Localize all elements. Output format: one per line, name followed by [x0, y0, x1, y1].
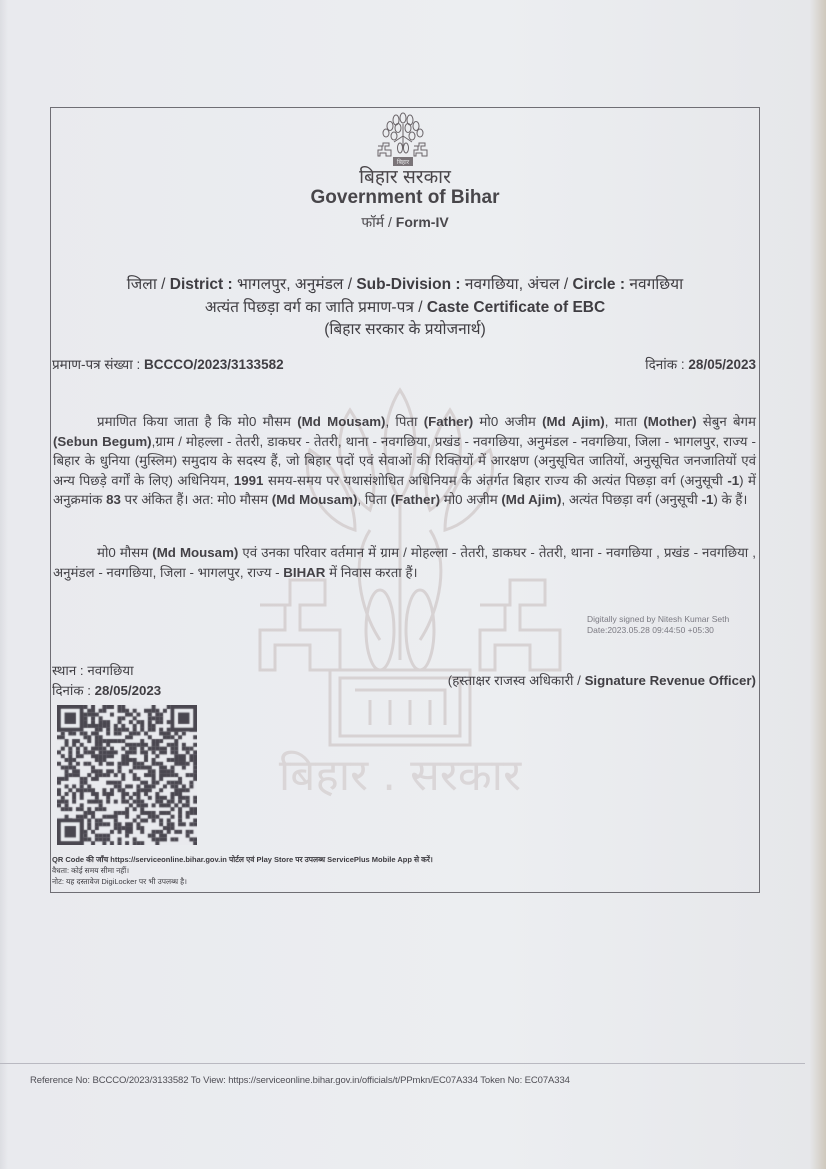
certificate-date-value: 28/05/2023: [688, 357, 756, 372]
certificate-title: अत्यंत पिछड़ा वर्ग का जाति प्रमाण-पत्र /…: [50, 295, 760, 317]
issue-date-value: 28/05/2023: [95, 683, 162, 698]
certificate-title-hindi: अत्यंत पिछड़ा वर्ग का जाति प्रमाण-पत्र: [205, 299, 414, 316]
certificate-number-value: BCCCO/2023/3133582: [144, 357, 284, 372]
digital-signature-date: Date:2023.05.28 09:44:50 +05:30: [587, 625, 729, 636]
place-value: नवगछिया: [87, 663, 133, 678]
issue-date-label: दिनांक :: [52, 683, 91, 698]
district-value: भागलपुर: [237, 276, 286, 293]
digilocker-note: नोट: यह दस्तावेज DigiLocker पर भी उपलब्ध…: [52, 876, 433, 887]
signature-revenue-officer: (हस्ताक्षर राजस्व अधिकारी / Signature Re…: [448, 671, 756, 689]
location-line: जिला / District : भागलपुर, अनुमंडल / Sub…: [50, 272, 760, 294]
certificate-number: प्रमाण-पत्र संख्या : BCCCO/2023/3133582: [52, 355, 284, 373]
issue-date: दिनांक : 28/05/2023: [52, 681, 161, 701]
place-label: स्थान :: [52, 663, 84, 678]
digital-signature-signer: Digitally signed by Nitesh Kumar Seth: [587, 614, 729, 625]
district-label-hi: जिला: [127, 276, 157, 293]
bihar-emblem-icon: बिहार: [372, 110, 434, 168]
signature-label-english: Signature Revenue Officer): [585, 673, 756, 688]
digital-signature: Digitally signed by Nitesh Kumar Seth Da…: [587, 614, 729, 636]
circle-label-en: Circle: [572, 276, 615, 293]
certificate-date: दिनांक : 28/05/2023: [645, 355, 756, 373]
circle-label-hi: अंचल: [527, 276, 559, 293]
subdivision-label-hi: अनुमंडल: [295, 276, 344, 293]
footer-divider: [0, 1063, 805, 1064]
subdivision-label-en: Sub-Division: [356, 276, 451, 293]
place-date-block: स्थान : नवगछिया दिनांक : 28/05/2023: [52, 661, 161, 701]
certificate-body-paragraph-1: प्रमाणित किया जाता है कि मो0 मौसम (Md Mo…: [53, 412, 756, 510]
reference-line: Reference No: BCCCO/2023/3133582 To View…: [30, 1075, 570, 1086]
certificate-title-english: Caste Certificate of EBC: [427, 299, 605, 316]
signature-label-hindi: (हस्ताक्षर राजस्व अधिकारी /: [448, 673, 581, 688]
validity-note: वैधता: कोई समय सीमा नहीं।: [52, 865, 433, 876]
title-english: Government of Bihar: [50, 187, 760, 209]
circle-value: नवगछिया: [629, 276, 683, 293]
district-label-en: District: [170, 276, 223, 293]
place: स्थान : नवगछिया: [52, 661, 161, 681]
title-hindi: बिहार सरकार: [50, 163, 760, 189]
certificate-purpose: (बिहार सरकार के प्रयोजनार्थ): [50, 317, 760, 339]
subdivision-value: नवगछिया: [465, 276, 519, 293]
certificate-number-label: प्रमाण-पत्र संख्या :: [52, 357, 140, 372]
form-label: फॉर्म / Form-IV: [50, 213, 760, 232]
qr-notes: QR Code की जाँच https://serviceonline.bi…: [52, 854, 433, 887]
certificate-date-label: दिनांक :: [645, 357, 685, 372]
qr-verify-note: QR Code की जाँच https://serviceonline.bi…: [52, 854, 433, 865]
form-english: Form-IV: [396, 214, 449, 230]
qr-code-icon[interactable]: [57, 705, 197, 845]
certificate-body-paragraph-2: मो0 मौसम (Md Mousam) एवं उनका परिवार वर्…: [53, 543, 756, 582]
form-hindi: फॉर्म: [361, 214, 384, 230]
